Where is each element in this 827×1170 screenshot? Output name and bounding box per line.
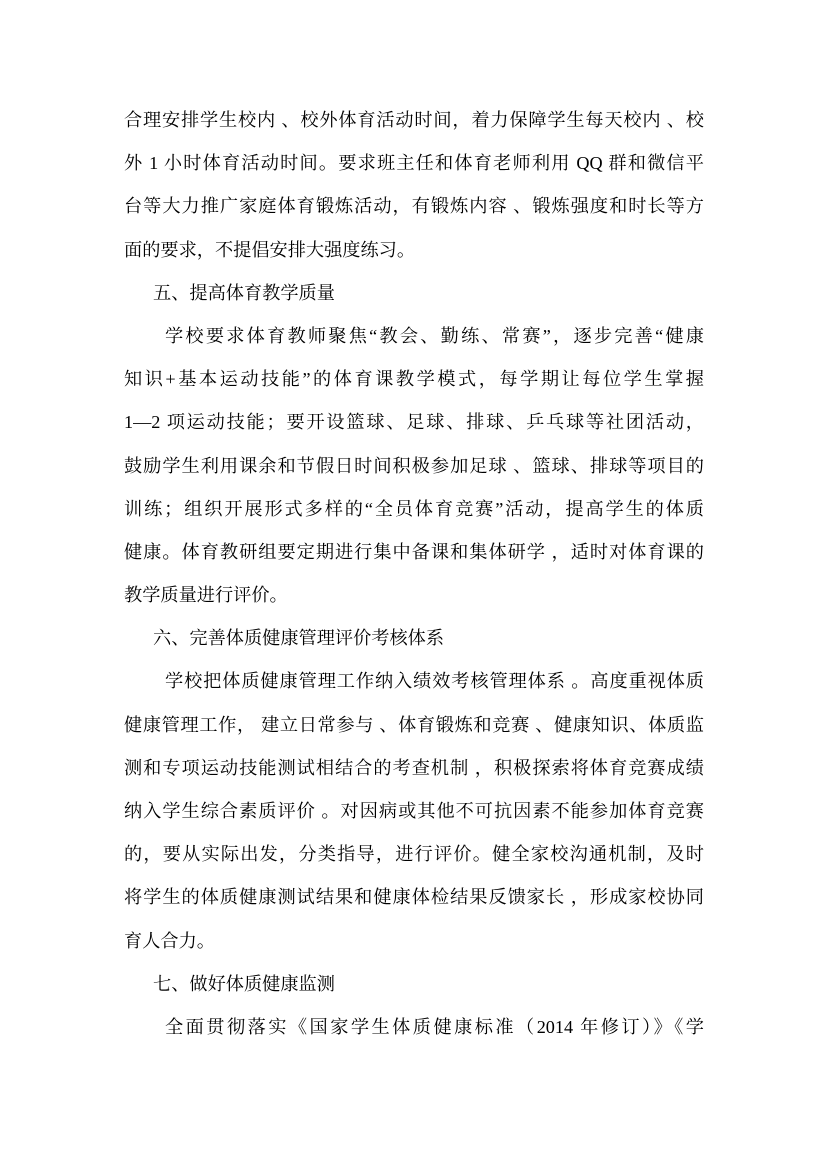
text-line: 外 1 小时体育活动时间。要求班主任和体育老师利用 QQ 群和微信平 xyxy=(124,142,704,185)
text-line: 的，要从实际出发，分类指导，进行评价。健全家校沟通机制，及时 xyxy=(124,833,704,876)
section-heading: 五、提高体育教学质量 xyxy=(124,272,704,315)
text-line: 纳入学生综合素质评价 。对因病或其他不可抗因素不能参加体育竞赛 xyxy=(124,790,704,833)
text-line: 知识+基本运动技能”的体育课教学模式，每学期让每位学生掌握 xyxy=(124,358,704,401)
text-line: 健康。体育教研组要定期进行集中备课和集体研学 ，适时对体育课的 xyxy=(124,531,704,574)
text-line: 训练；组织开展形式多样的“全员体育竞赛”活动，提高学生的体质 xyxy=(124,488,704,531)
text-line: 健康管理工作， 建立日常参与 、体育锻炼和竞赛 、健康知识、体质监 xyxy=(124,704,704,747)
text-line: 学校把体质健康管理工作纳入绩效考核管理体系 。高度重视体质 xyxy=(124,660,704,703)
section-heading: 七、做好体质健康监测 xyxy=(124,963,704,1006)
text-line: 学校要求体育教师聚焦“教会、勤练、常赛”，逐步完善“健康 xyxy=(124,315,704,358)
text-line: 将学生的体质健康测试结果和健康体检结果反馈家长 ，形成家校协同 xyxy=(124,876,704,919)
text-line: 面的要求，不提倡安排大强度练习。 xyxy=(124,229,704,272)
section-heading: 六、完善体质健康管理评价考核体系 xyxy=(124,617,704,660)
text-line: 育人合力。 xyxy=(124,920,704,963)
text-line: 教学质量进行评价。 xyxy=(124,574,704,617)
text-line: 1—2 项运动技能；要开设篮球、足球、排球、乒乓球等社团活动， xyxy=(124,401,704,444)
document-page: 合理安排学生校内 、校外体育活动时间，着力保障学生每天校内 、校外 1 小时体育… xyxy=(0,0,827,1170)
text-line: 全面贯彻落实《国家学生体质健康标准（2014 年修订）》《学 xyxy=(124,1006,704,1049)
text-line: 合理安排学生校内 、校外体育活动时间，着力保障学生每天校内 、校 xyxy=(124,99,704,142)
text-line: 台等大力推广家庭体育锻炼活动，有锻炼内容 、锻炼强度和时长等方 xyxy=(124,185,704,228)
document-content: 合理安排学生校内 、校外体育活动时间，着力保障学生每天校内 、校外 1 小时体育… xyxy=(124,99,704,1049)
text-line: 鼓励学生利用课余和节假日时间积极参加足球 、篮球、排球等项目的 xyxy=(124,445,704,488)
text-line: 测和专项运动技能测试相结合的考查机制 ，积极探索将体育竞赛成绩 xyxy=(124,747,704,790)
